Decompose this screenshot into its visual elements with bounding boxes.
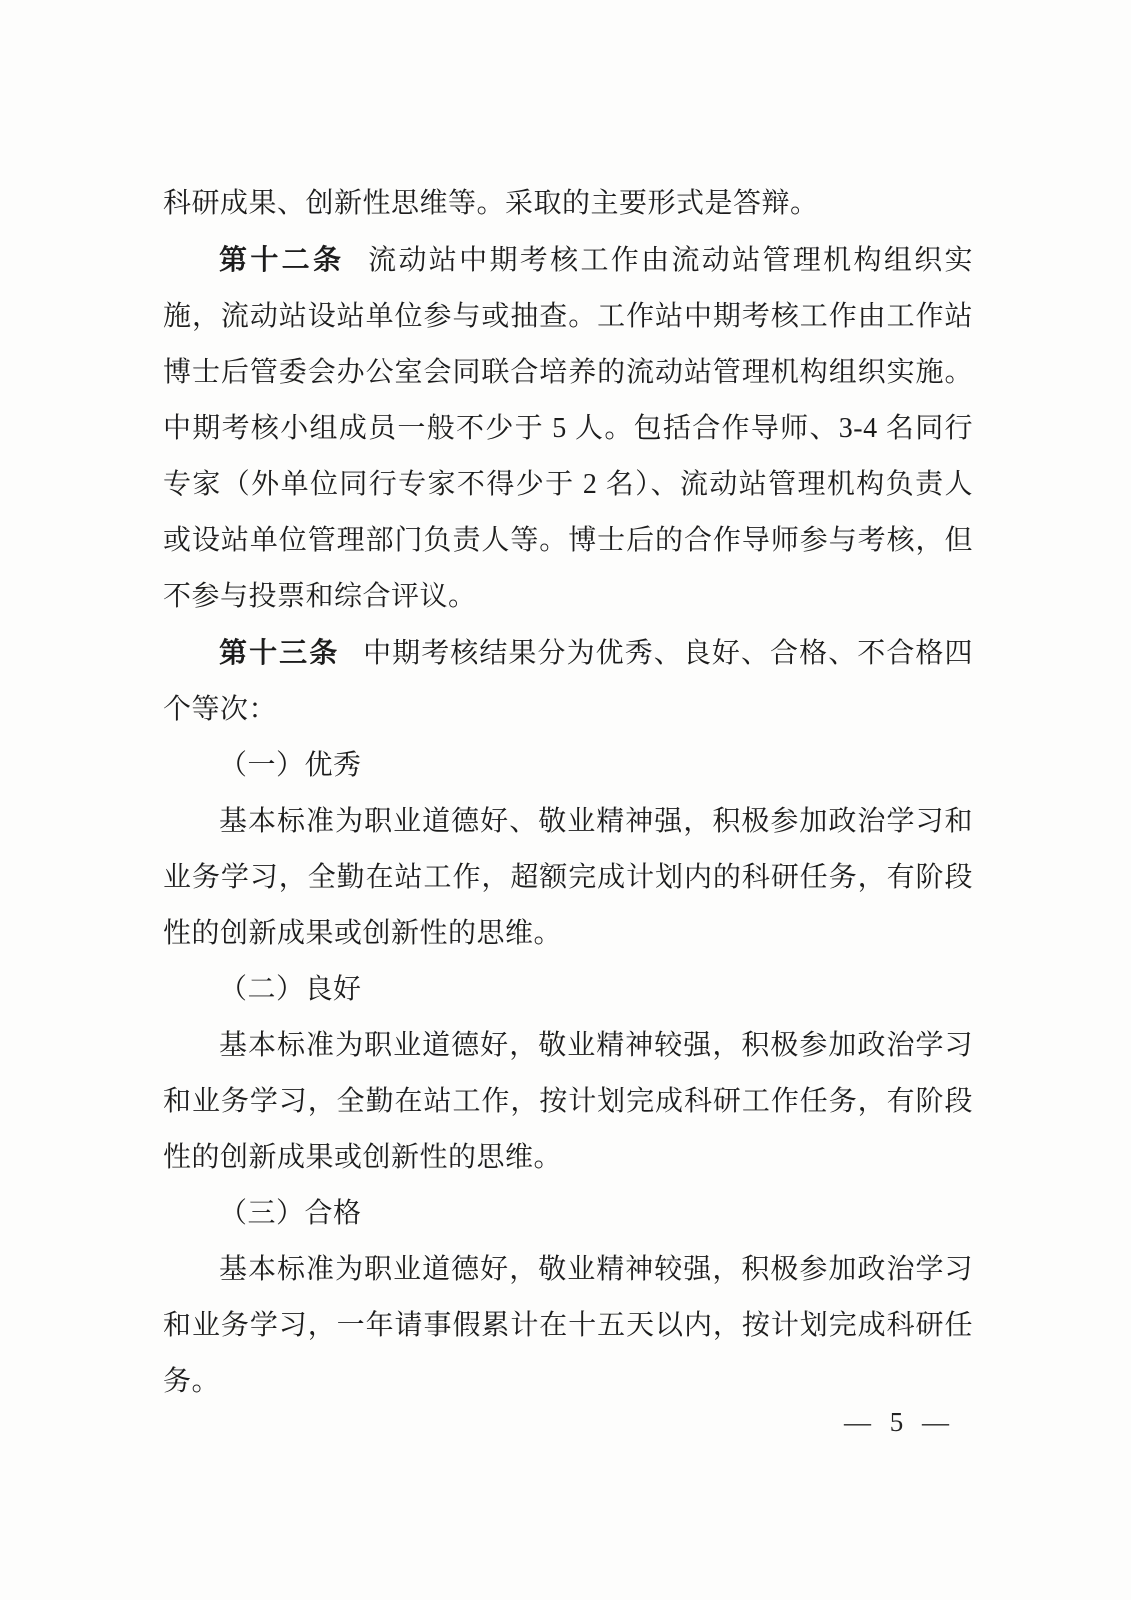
paragraph-text: 基本标准为职业道德好、敬业精神强，积极参加政治学习和业务学习，全勤在站工作，超额… [163,806,973,949]
paragraph-text: （二）良好 [219,974,362,1005]
paragraph-text: 基本标准为职业道德好，敬业精神较强，积极参加政治学习和业务学习，一年请事假累计在… [163,1254,973,1397]
paragraph-text: 基本标准为职业道德好，敬业精神较强，积极参加政治学习和业务学习，全勤在站工作，按… [163,1030,973,1173]
paragraph-text: 流动站中期考核工作由流动站管理机构组织实施，流动站设站单位参与或抽查。工作站中期… [163,245,973,612]
paragraph-grade-3-heading: （三）合格 [163,1186,973,1242]
paragraph-text: （一）优秀 [219,750,362,781]
article-13-number-label: 第十三条 [219,637,339,668]
paragraph-text: （三）合格 [219,1198,362,1229]
paragraph-grade-2-heading: （二）良好 [163,962,973,1018]
page-number: — 5 — [844,1398,955,1446]
article-12-number-label: 第十二条 [219,244,344,275]
paragraph-text: 科研成果、创新性思维等。采取的主要形式是答辩。 [163,188,819,219]
paragraph-grade-2-criteria: 基本标准为职业道德好，敬业精神较强，积极参加政治学习和业务学习，全勤在站工作，按… [163,1018,973,1186]
paragraph-grade-3-criteria: 基本标准为职业道德好，敬业精神较强，积极参加政治学习和业务学习，一年请事假累计在… [163,1242,973,1410]
paragraph-article-12: 第十二条流动站中期考核工作由流动站管理机构组织实施，流动站设站单位参与或抽查。工… [163,232,973,625]
paragraph-continuation: 科研成果、创新性思维等。采取的主要形式是答辩。 [163,176,973,232]
document-page: 科研成果、创新性思维等。采取的主要形式是答辩。 第十二条流动站中期考核工作由流动… [0,0,1131,1600]
paragraph-grade-1-criteria: 基本标准为职业道德好、敬业精神强，积极参加政治学习和业务学习，全勤在站工作，超额… [163,794,973,962]
paragraph-article-13: 第十三条中期考核结果分为优秀、良好、合格、不合格四个等次： [163,625,973,738]
paragraph-grade-1-heading: （一）优秀 [163,738,973,794]
document-body: 科研成果、创新性思维等。采取的主要形式是答辩。 第十二条流动站中期考核工作由流动… [163,176,973,1410]
